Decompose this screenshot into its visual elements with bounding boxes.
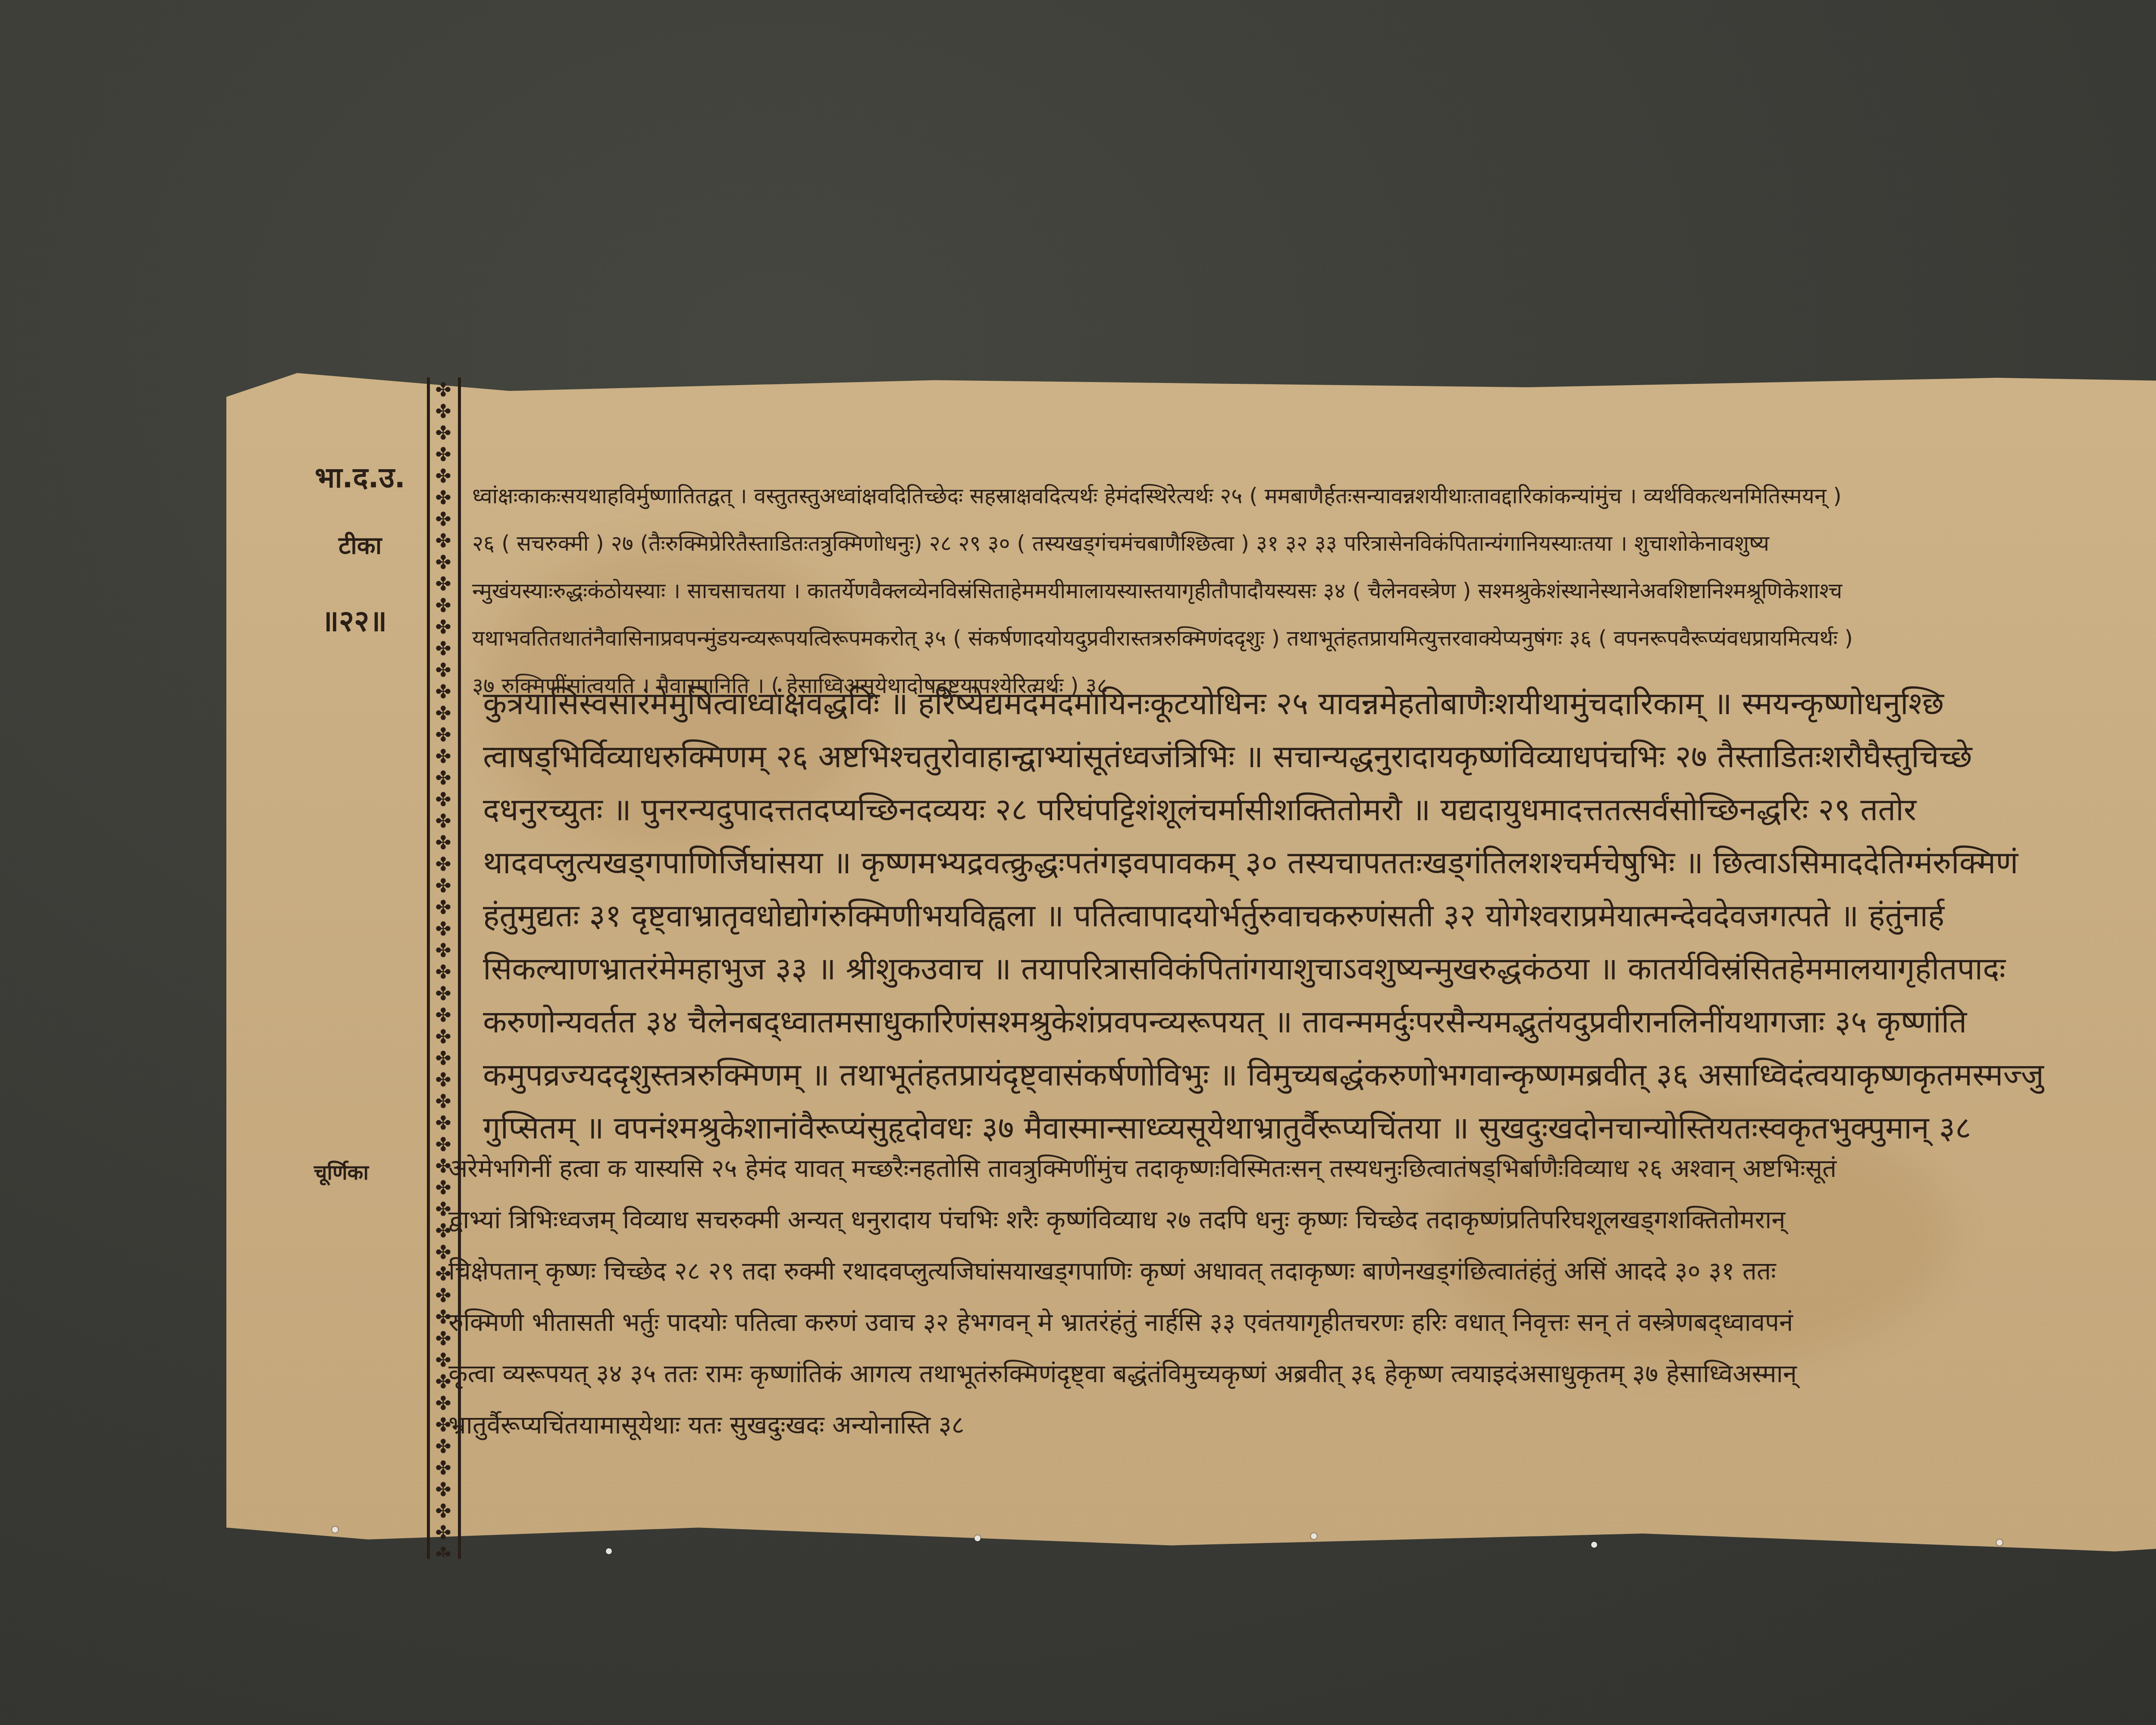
tika-label: टीका: [338, 528, 382, 561]
verse-line: करुणोन्यवर्तत ३४ चैलेनबद्ध्वातमसाधुकारिण…: [483, 995, 2156, 1048]
churnika-block: अरेमेभगिनीं हत्वा क यास्यसि २५ हेमंद याव…: [448, 1143, 2156, 1451]
left-border-rule-outer: [427, 377, 430, 1559]
mounting-pin: [606, 1548, 612, 1554]
verse-line: सिकल्याणभ्रातरंमेमहाभुज ३३ ॥ श्रीशुकउवाच…: [483, 942, 2156, 995]
churnika-line: द्वाभ्यां त्रिभिःध्वजम् विव्याध सचरुक्मी…: [448, 1194, 2156, 1245]
churnika-line: चिक्षेपतान् कृष्णः चिच्छेद २८ २९ तदा रुक…: [448, 1245, 2156, 1297]
verse-line: कमुपव्रज्यददृशुस्तत्ररुक्मिणम् ॥ तथाभूतं…: [483, 1048, 2156, 1101]
churnika-line: भ्रातुर्वैरूप्यचिंतयामासूयेथाः यतः सुखदु…: [448, 1399, 2156, 1451]
mounting-pin: [1311, 1533, 1317, 1539]
folio-number-left: ॥२२॥: [321, 599, 387, 640]
verse-line: त्वाषड्भिर्विव्याधरुक्मिणम् २६ अष्टभिश्च…: [483, 730, 2156, 783]
verse-block: कुत्रयासिस्वसारंमेमुषित्वाध्वांक्षवद्धवि…: [483, 677, 2156, 1154]
mounting-pin: [1591, 1542, 1597, 1548]
commentary-line: न्मुखंयस्याःरुद्धःकंठोयस्याः । साचसाचतया…: [472, 567, 2156, 615]
verse-line: थादवप्लुत्यखड्गपाणिर्जिघांसया ॥ कृष्णमभ्…: [483, 836, 2156, 889]
churnika-line: कृत्वा व्यरूपयत् ३४ ३५ ततः रामः कृष्णांत…: [448, 1348, 2156, 1399]
commentary-line: यथाभवतितथातंनैवासिनाप्रवपन्मुंडयन्व्यरूप…: [472, 615, 2156, 662]
verse-line: कुत्रयासिस्वसारंमेमुषित्वाध्वांक्षवद्धवि…: [483, 677, 2156, 730]
commentary-block: ध्वांक्षःकाकःसयथाहविर्मुष्णातितद्वत् । व…: [472, 472, 2156, 709]
churnika-line: रुक्मिणी भीतासती भर्तुः पादयोः पतित्वा क…: [448, 1297, 2156, 1348]
verse-line: हंतुमुद्यतः ३१ दृष्ट्वाभ्रातृवधोद्योगंरु…: [483, 889, 2156, 942]
text-title-abbrev: भा.द.उ.: [315, 457, 405, 496]
mounting-pin: [1996, 1540, 2002, 1546]
mounting-pin: [332, 1527, 338, 1533]
commentary-line: २६ ( सचरुक्मी ) २७ (तैःरुक्मिप्रेरितैस्त…: [472, 520, 2156, 567]
verse-line: दधनुरच्युतः ॥ पुनरन्यदुपादत्ततदप्यच्छिनद…: [483, 783, 2156, 836]
commentary-line: ध्वांक्षःकाकःसयथाहविर्मुष्णातितद्वत् । व…: [472, 472, 2156, 520]
mounting-pin: [975, 1535, 981, 1541]
churnika-line: अरेमेभगिनीं हत्वा क यास्यसि २५ हेमंद याव…: [448, 1143, 2156, 1194]
churnika-label: चूर्णिका: [314, 1158, 369, 1186]
